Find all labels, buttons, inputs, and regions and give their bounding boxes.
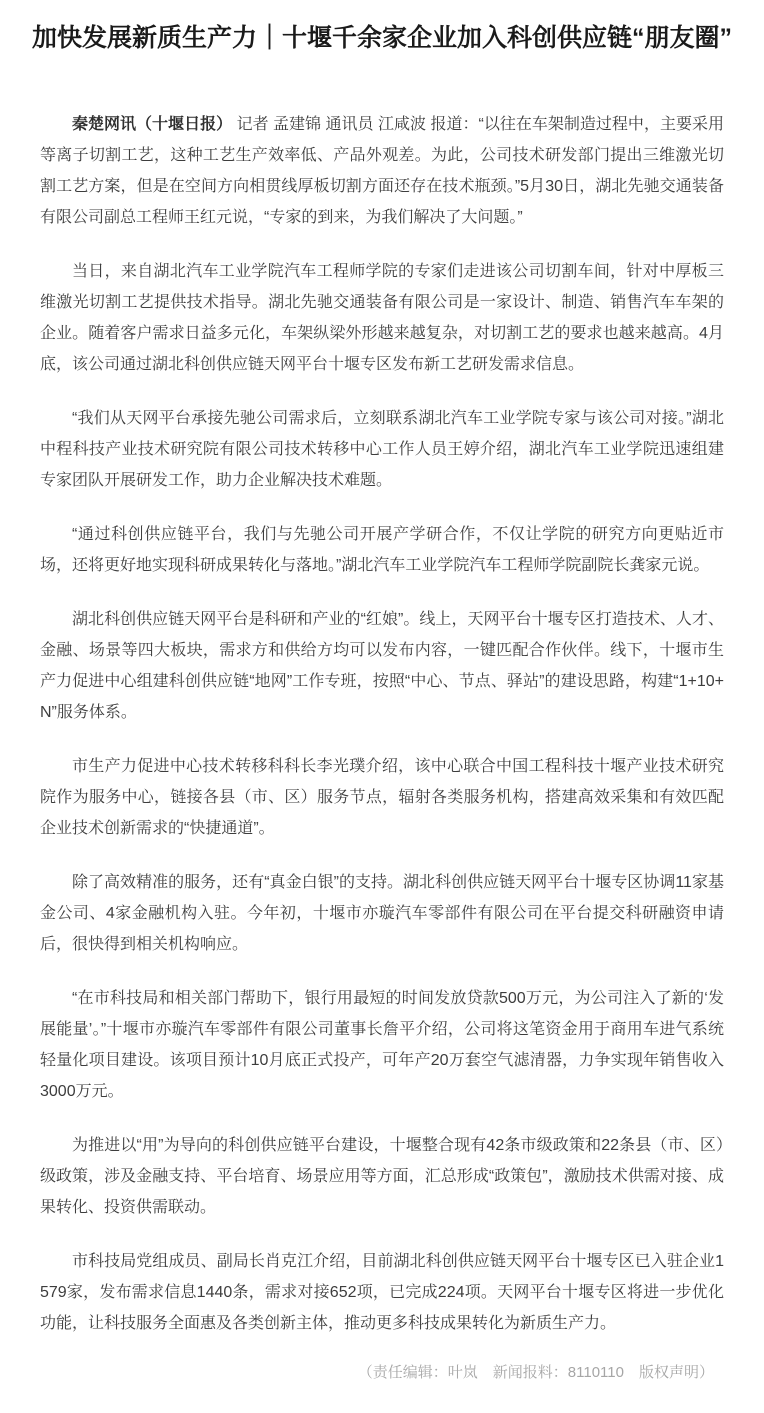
footer-close-paren: ） — [699, 1364, 714, 1381]
footer-report: 新闻报料：8110110 — [493, 1364, 624, 1381]
paragraph: 湖北科创供应链天网平台是科研和产业的“红娘”。线上，天网平台十堰专区打造技术、人… — [40, 604, 724, 728]
paragraph: “通过科创供应链平台，我们与先驰公司开展产学研合作，不仅让学院的研究方向更贴近市… — [40, 519, 724, 581]
paragraph: 为推进以“用”为导向的科创供应链平台建设，十堰整合现有42条市级政策和22条县（… — [40, 1130, 724, 1223]
footer-editor: 责任编辑：叶岚 — [373, 1364, 478, 1381]
footer-open-paren: （ — [358, 1364, 373, 1381]
paragraph: 除了高效精准的服务，还有“真金白银”的支持。湖北科创供应链天网平台十堰专区协调1… — [40, 867, 724, 960]
paragraph-intro: 秦楚网讯（十堰日报） 记者 孟建锦 通讯员 江咸波 报道：“以往在车架制造过程中… — [40, 109, 724, 233]
paragraph: 当日，来自湖北汽车工业学院汽车工程师学院的专家们走进该公司切割车间，针对中厚板三… — [40, 256, 724, 380]
paragraph: 市科技局党组成员、副局长肖克江介绍，目前湖北科创供应链天网平台十堰专区已入驻企业… — [40, 1246, 724, 1339]
paragraph: “我们从天网平台承接先驰公司需求后，立刻联系湖北汽车工业学院专家与该公司对接。”… — [40, 403, 724, 496]
editor-label: 责任编辑： — [373, 1364, 448, 1381]
news-article-page: 加快发展新质生产力｜十堰千余家企业加入科创供应链“朋友圈” 秦楚网讯（十堰日报）… — [0, 21, 764, 1396]
paragraph: 市生产力促进中心技术转移科科长李光璞介绍，该中心联合中国工程科技十堰产业技术研究… — [40, 751, 724, 844]
report-phone-number: 8110110 — [568, 1364, 624, 1381]
report-label: 新闻报料： — [493, 1364, 568, 1381]
article-footer: （责任编辑：叶岚新闻报料：8110110版权声明） — [0, 1362, 764, 1396]
news-source-lead: 秦楚网讯（十堰日报） — [72, 116, 232, 133]
editor-name: 叶岚 — [448, 1364, 478, 1381]
paragraph: “在市科技局和相关部门帮助下，银行用最短的时间发放贷款500万元，为公司注入了新… — [40, 983, 724, 1107]
copyright-statement-link[interactable]: 版权声明 — [639, 1364, 699, 1381]
article-title: 加快发展新质生产力｜十堰千余家企业加入科创供应链“朋友圈” — [6, 21, 758, 55]
article-body: 秦楚网讯（十堰日报） 记者 孟建锦 通讯员 江咸波 报道：“以往在车架制造过程中… — [0, 109, 764, 1339]
